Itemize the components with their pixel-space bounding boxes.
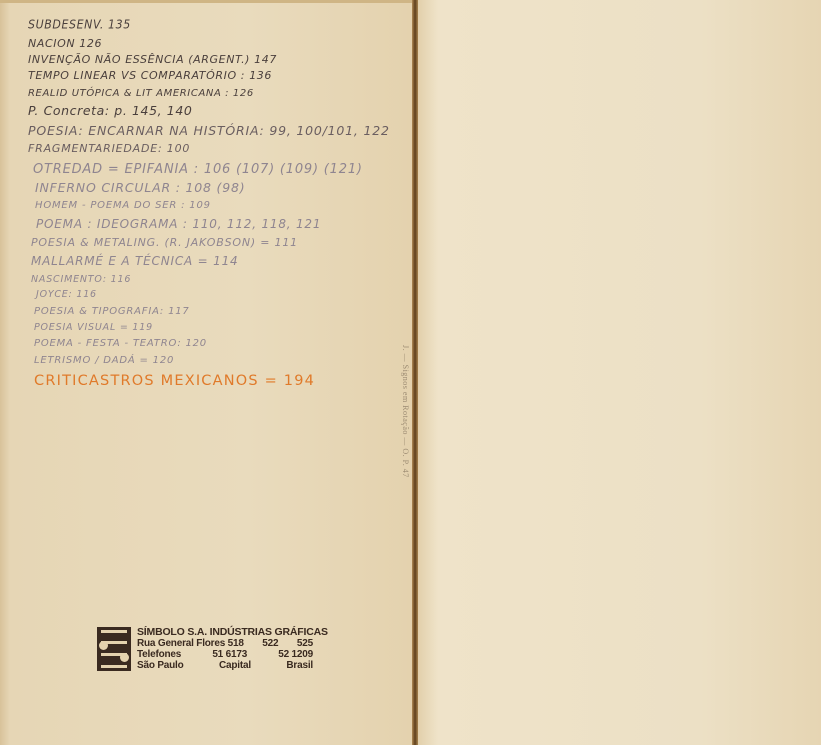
note-line: INVENÇÃO NÃO ESSÊNCIA (ARGENT.) 147 (28, 54, 398, 65)
note-line: POESIA & METALING. (R. JAKOBSON) = 111 (31, 237, 398, 248)
imprint-country: Brasil (286, 660, 313, 671)
printer-imprint: SÍMBOLO S.A. INDÚSTRIAS GRÁFICAS Rua Gen… (97, 627, 328, 671)
note-line: POESIA & TIPOGRAFIA: 117 (34, 307, 398, 317)
imprint-text: SÍMBOLO S.A. INDÚSTRIAS GRÁFICAS Rua Gen… (137, 627, 328, 671)
note-line: INFERNO CIRCULAR : 108 (98) (35, 182, 398, 195)
note-line: POESIA VISUAL = 119 (34, 323, 398, 333)
open-book-spread: SUBDESENV. 135 NACION 126 INVENÇÃO NÃO E… (0, 0, 821, 745)
simbolo-logo-icon (97, 627, 131, 671)
imprint-city: São Paulo (137, 660, 184, 671)
note-line: MALLARMÉ E A TÉCNICA = 114 (31, 255, 398, 267)
note-line: SUBDESENV. 135 (28, 18, 398, 30)
imprint-title: SÍMBOLO S.A. INDÚSTRIAS GRÁFICAS (137, 627, 328, 638)
note-line: OTREDAD = EPIFANIA : 106 (107) (109) (12… (33, 163, 398, 176)
imprint-city-row: São Paulo Capital Brasil (137, 660, 313, 671)
imprint-address-row: Rua General Flores 518 522 525 (137, 638, 313, 649)
imprint-state: Capital (219, 660, 251, 671)
note-line: POEMA : IDEOGRAMA : 110, 112, 118, 121 (36, 218, 398, 230)
note-line: POEMA - FESTA - TEATRO: 120 (34, 339, 398, 349)
imprint-phone-label: Telefones (137, 649, 181, 660)
note-line: TEMPO LINEAR vs COMPARATÓRIO : 136 (28, 70, 398, 81)
note-line: REALID UTÓPICA & LIT AMERICANA : 126 (28, 89, 398, 99)
spine-running-text: J. — Signos em Rotação — O. P. 47 (401, 345, 410, 478)
note-line: NACION 126 (28, 38, 398, 49)
imprint-address-number: 522 (262, 638, 278, 649)
handwritten-index: SUBDESENV. 135 NACION 126 INVENÇÃO NÃO E… (28, 17, 398, 389)
imprint-address: Rua General Flores 518 (137, 638, 244, 649)
imprint-address-number: 525 (297, 638, 313, 649)
note-line: NASCIMENTO: 116 (31, 275, 398, 285)
right-page-blank (418, 0, 821, 745)
left-page: SUBDESENV. 135 NACION 126 INVENÇÃO NÃO E… (0, 0, 414, 745)
imprint-phone: 51 6173 (212, 649, 247, 660)
note-line: FRAGMENTARIEDADE: 100 (28, 143, 398, 154)
note-line: HOMEM - POEMA DO SER : 109 (35, 201, 398, 211)
note-line: P. Concreta: p. 145, 140 (28, 105, 398, 118)
imprint-phone: 52 1209 (278, 649, 313, 660)
imprint-phone-row: Telefones 51 6173 52 1209 (137, 649, 313, 660)
note-line: LETRISMO / DADÁ = 120 (34, 356, 398, 366)
note-line: JOYCE: 116 (36, 290, 398, 300)
note-line: POESIA: ENCARNAR NA HISTÓRIA: 99, 100/10… (28, 125, 398, 138)
note-line-highlight: CRITICASTROS MEXICANOS = 194 (34, 374, 398, 389)
